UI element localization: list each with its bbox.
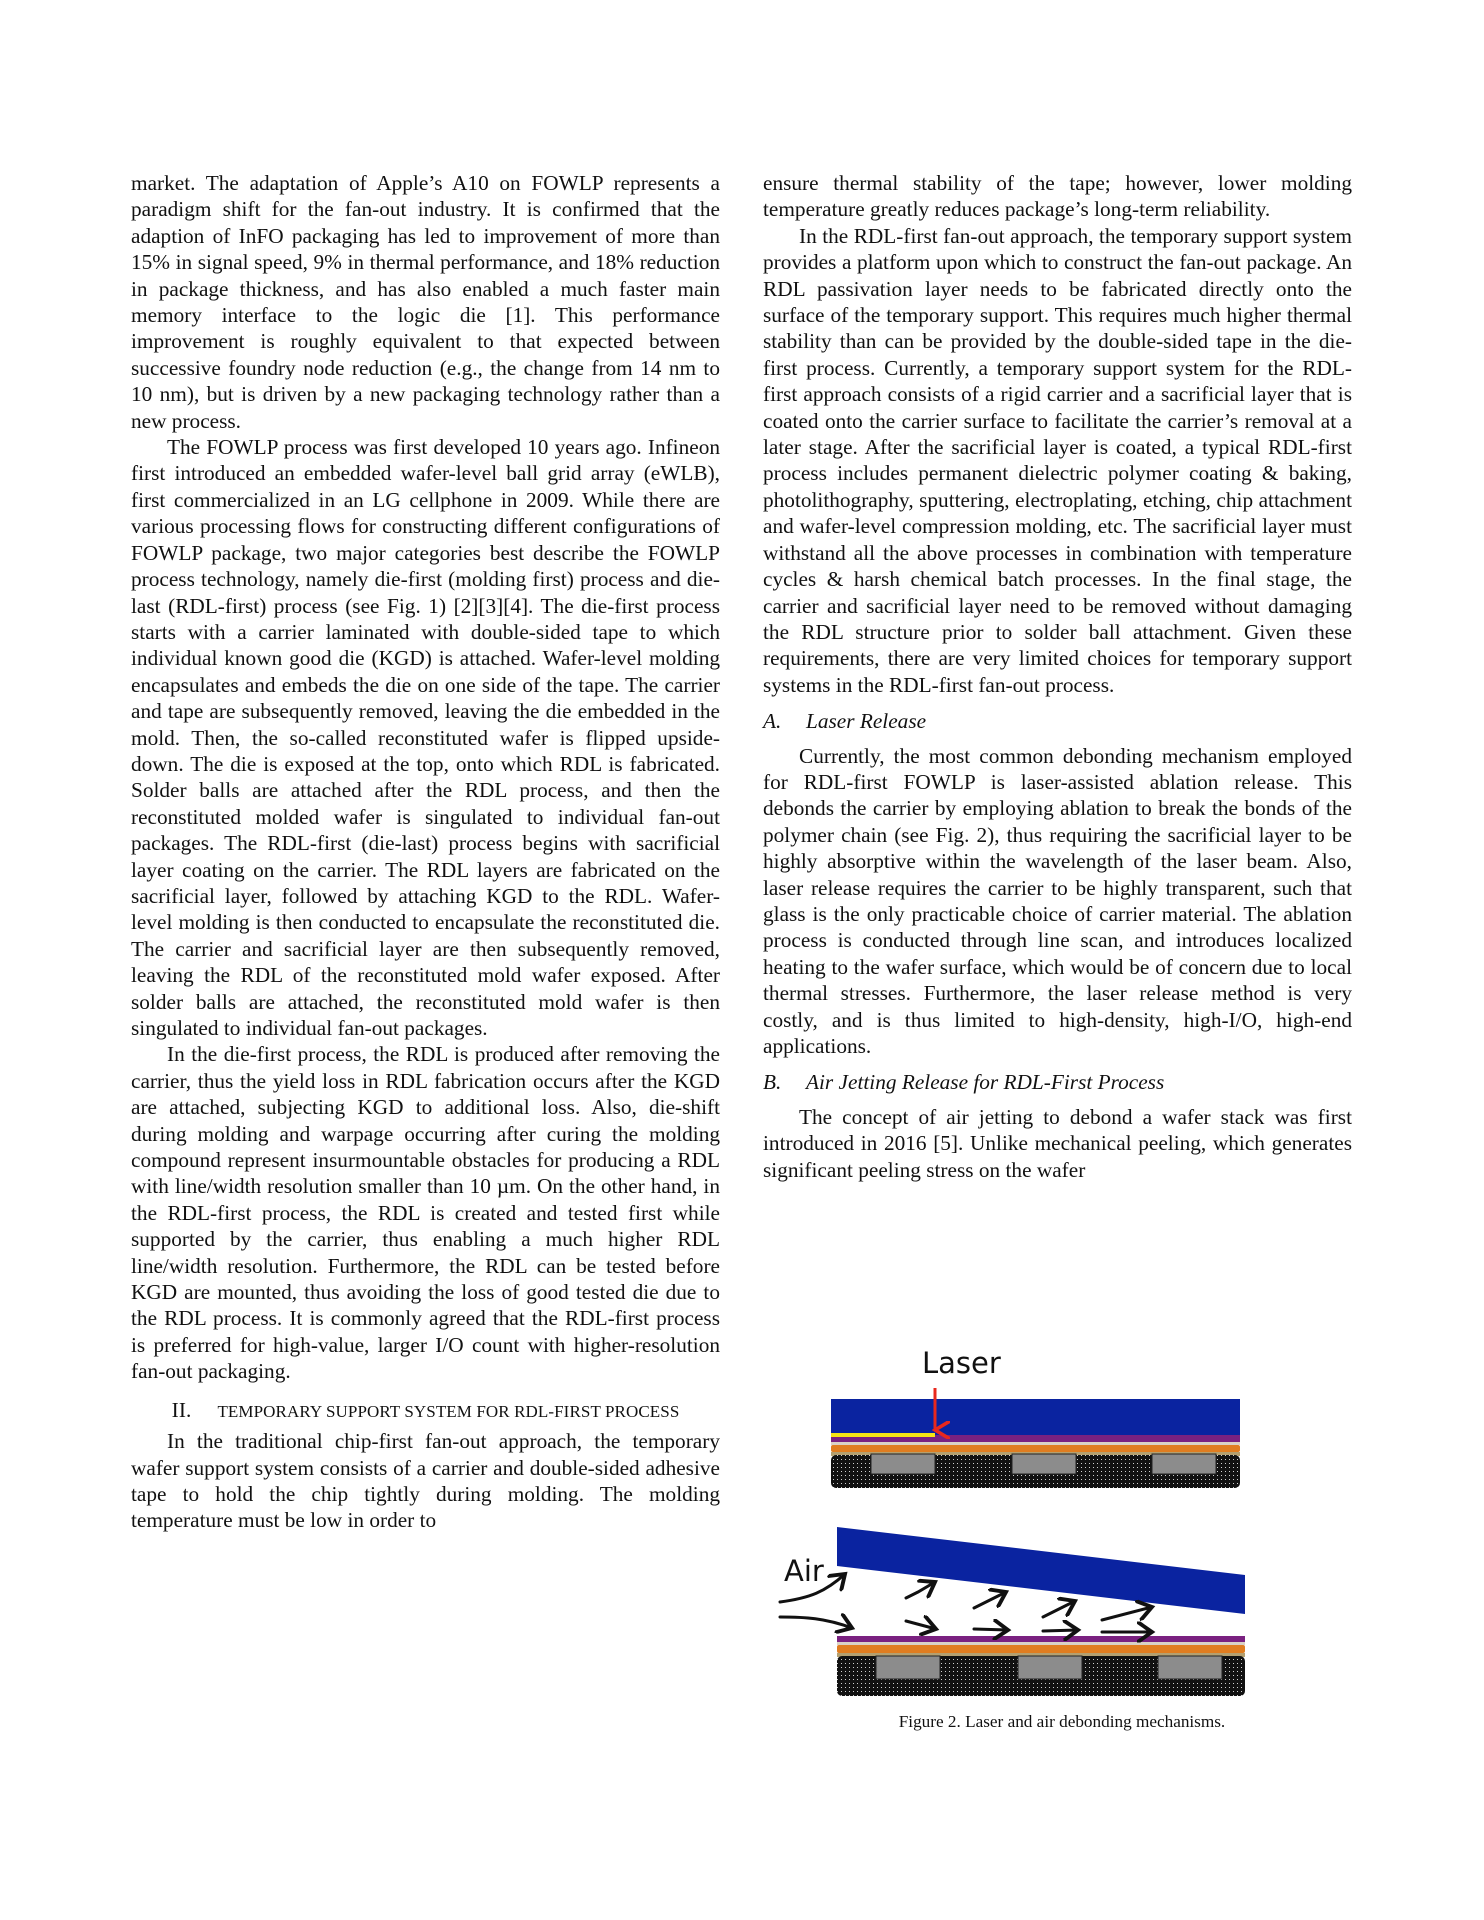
paragraph-chip-first-support: In the traditional chip-first fan-out ap…	[131, 1428, 720, 1534]
paragraph-die-first-vs-rdl-first: In the die-first process, the RDL is pro…	[131, 1041, 720, 1384]
rdl-layer	[831, 1445, 1240, 1452]
figure-caption: Figure 2. Laser and air debonding mechan…	[872, 1712, 1252, 1732]
paragraph-intro-continued: market. The adaptation of Apple’s A10 on…	[131, 170, 720, 434]
paragraph-tape-stability: ensure thermal stability of the tape; ho…	[763, 170, 1352, 223]
die	[1018, 1656, 1082, 1679]
laser-release-panel	[831, 1388, 1240, 1488]
section-heading-ii: II.TEMPORARY SUPPORT SYSTEM FOR RDL-FIRS…	[131, 1397, 720, 1426]
sacrificial-layer	[837, 1636, 1245, 1642]
subsection-heading-air-jetting: B.Air Jetting Release for RDL-First Proc…	[763, 1069, 1352, 1095]
paragraph-rdl-first-support: In the RDL-first fan-out approach, the t…	[763, 223, 1352, 698]
air-release-panel	[780, 1527, 1245, 1696]
die	[1012, 1454, 1076, 1474]
subsection-letter: A.	[763, 708, 806, 734]
laser-label: Laser	[922, 1346, 1001, 1380]
glass-carrier	[831, 1399, 1240, 1435]
paragraph-laser-release: Currently, the most common debonding mec…	[763, 743, 1352, 1060]
figure-2-debonding-mechanisms: Laser Air Figure 2. Laser and air debond…	[760, 1330, 1360, 1750]
right-column: ensure thermal stability of the tape; ho…	[763, 170, 1352, 1183]
die	[876, 1656, 940, 1679]
ablated-region	[831, 1433, 935, 1437]
air-label: Air	[784, 1554, 824, 1588]
left-column: market. The adaptation of Apple’s A10 on…	[131, 170, 720, 1534]
lifted-carrier	[837, 1527, 1245, 1614]
subsection-letter: B.	[763, 1069, 806, 1095]
die	[1152, 1454, 1216, 1474]
section-number: II.	[172, 1398, 192, 1422]
die	[1158, 1656, 1222, 1679]
debonding-diagram	[760, 1330, 1360, 1750]
die	[871, 1454, 935, 1474]
subsection-heading-laser-release: A.Laser Release	[763, 708, 1352, 734]
subsection-title: Air Jetting Release for RDL-First Proces…	[806, 1070, 1164, 1094]
section-title: TEMPORARY SUPPORT SYSTEM FOR RDL-FIRST P…	[217, 1402, 679, 1421]
subsection-title: Laser Release	[806, 709, 926, 733]
rdl-layer	[837, 1645, 1245, 1653]
paragraph-fowlp-history: The FOWLP process was first developed 10…	[131, 434, 720, 1041]
paragraph-air-jetting: The concept of air jetting to debond a w…	[763, 1104, 1352, 1183]
